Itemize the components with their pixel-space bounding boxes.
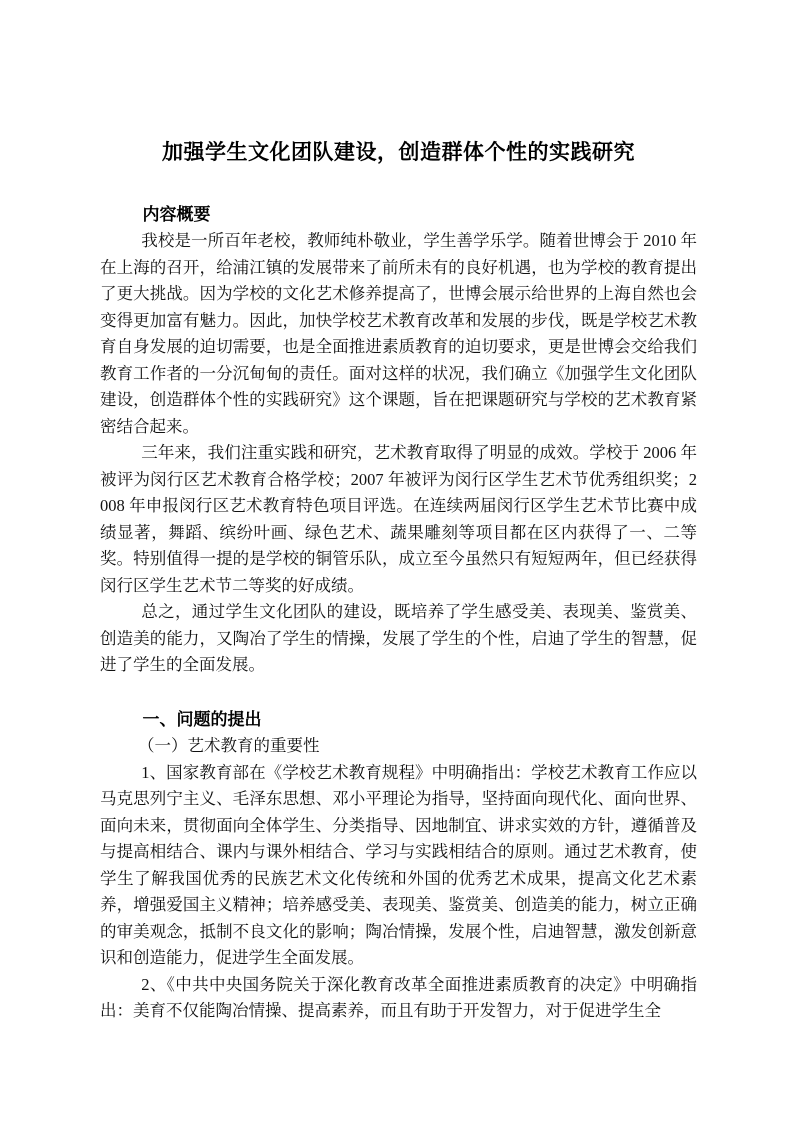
abstract-paragraph-3: 总之，通过学生文化团队的建设，既培养了学生感受美、表现美、鉴赏美、创造美的能力，…: [100, 599, 697, 679]
document-page: 加强学生文化团队建设，创造群体个性的实践研究 内容概要 我校是一所百年老校，教师…: [0, 0, 793, 1122]
document-title: 加强学生文化团队建设，创造群体个性的实践研究: [100, 138, 697, 168]
section-heading-problem-statement: 一、问题的提出: [100, 707, 697, 734]
section-paragraph-1: 1、国家教育部在《学校艺术教育规程》中明确指出：学校艺术教育工作应以马克思列宁主…: [100, 760, 697, 972]
abstract-heading: 内容概要: [100, 201, 697, 228]
section-paragraph-2: 2、《中共中央国务院关于深化教育改革全面推进素质教育的决定》中明确指出：美育不仅…: [100, 972, 697, 1025]
abstract-paragraph-2: 三年来，我们注重实践和研究，艺术教育取得了明显的成效。学校于 2006 年被评为…: [100, 440, 697, 599]
abstract-paragraph-1: 我校是一所百年老校，教师纯朴敬业，学生善学乐学。随着世博会于 2010 年在上海…: [100, 228, 697, 440]
subsection-heading-art-education-importance: （一）艺术教育的重要性: [100, 733, 697, 760]
